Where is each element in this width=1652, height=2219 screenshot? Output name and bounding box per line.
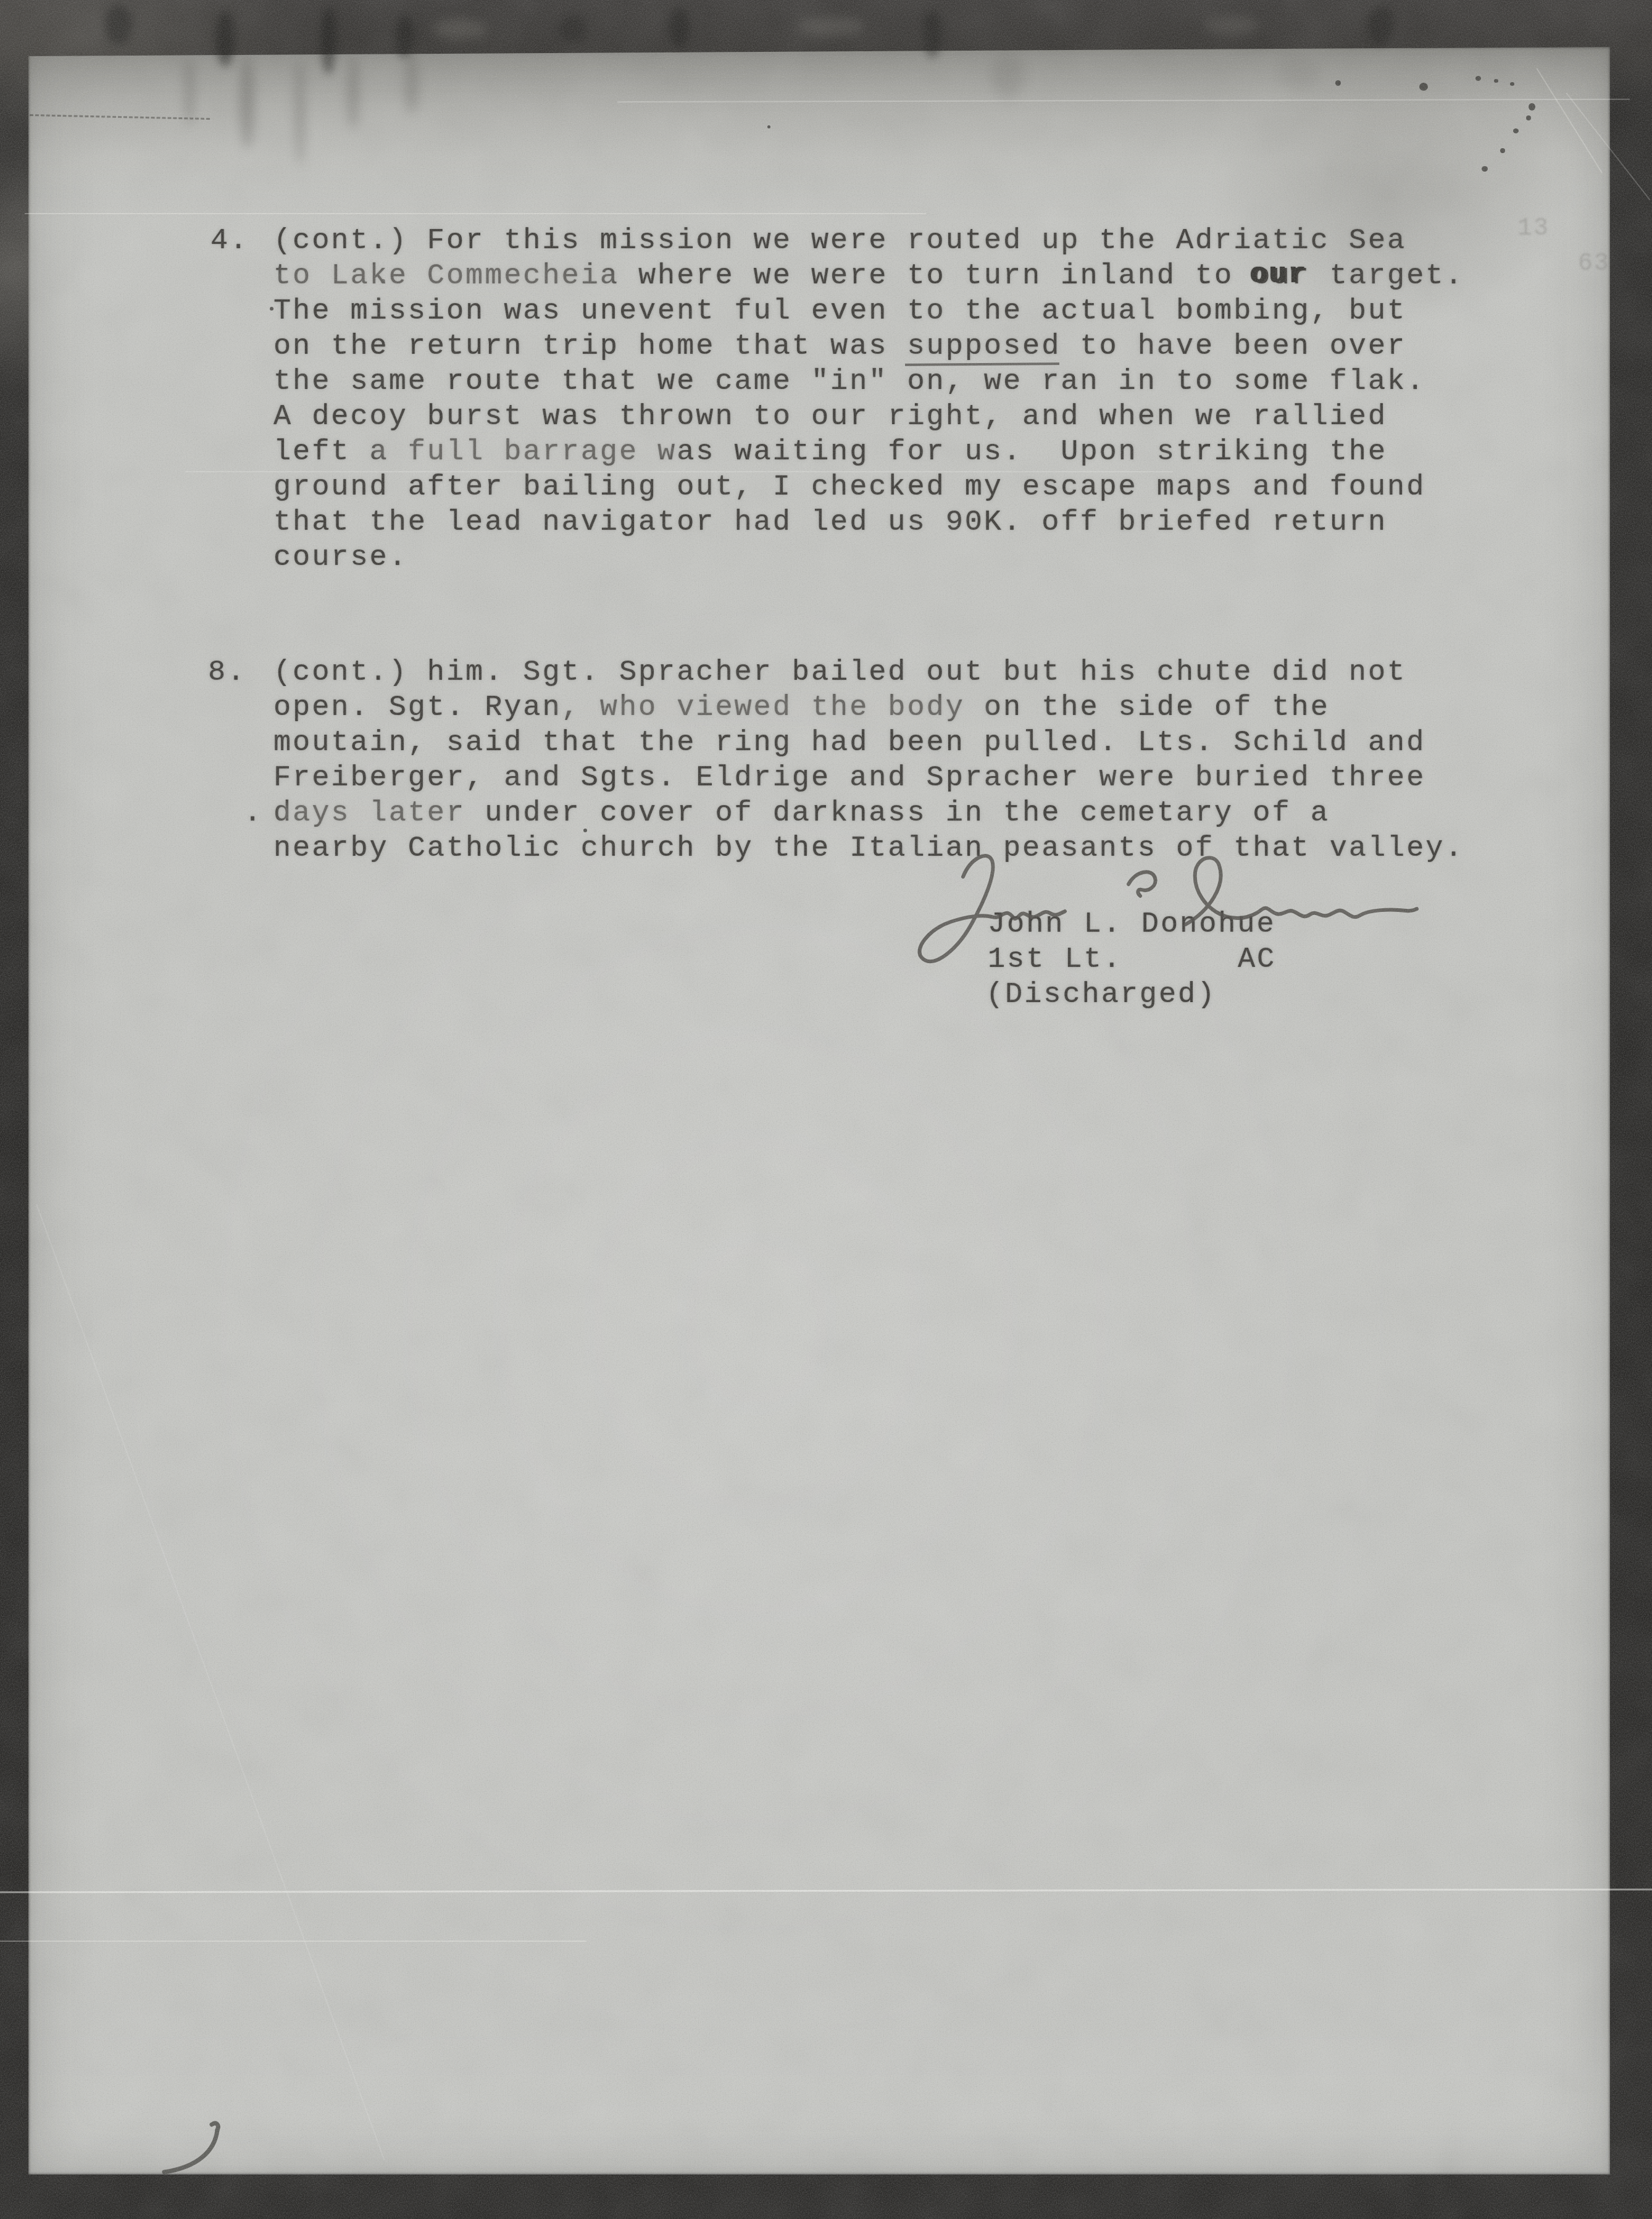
typed-line: course. (273, 540, 1464, 575)
typed-line: left a full barrage was waiting for us. … (273, 435, 1464, 470)
ink-speck (583, 829, 587, 832)
ink-dot (1419, 83, 1428, 91)
handwritten-signature (906, 835, 1431, 983)
pen-stroke-curve (164, 2130, 217, 2172)
overstruck-word: our (1249, 259, 1307, 291)
ink-dot (1513, 128, 1519, 133)
typed-line: (cont.) For this mission we were routed … (273, 224, 1464, 259)
ink-dot (1510, 82, 1514, 86)
typed-line: open. Sgt. Ryan, who viewed the body on … (273, 690, 1464, 725)
ink-dot (1494, 79, 1498, 83)
scan-noise-blob (1367, 6, 1395, 44)
scan-light-blob (432, 19, 488, 40)
ink-speck (270, 307, 273, 311)
scanned-document-page: 4. (cont.) For this mission we were rout… (0, 0, 1652, 2219)
ink-speck (381, 279, 385, 283)
typed-line: The mission was unevent ful even to the … (273, 294, 1464, 329)
scan-light-blob (1204, 16, 1259, 35)
ghost-number-13: 13 (1517, 215, 1550, 243)
pen-stroke-mark (148, 2117, 241, 2184)
signature-stroke-middle-initial (1128, 872, 1156, 896)
signature-stroke-donohue (1186, 858, 1417, 924)
scan-noise-blob (559, 16, 587, 43)
scan-noise-blob (105, 5, 132, 44)
typed-line: Freiberger, and Sgts. Eldrige and Sprach… (273, 761, 1464, 796)
typed-line: days later under cover of darknass in th… (273, 796, 1464, 831)
ink-speck (767, 125, 770, 128)
typed-line: (cont.) him. Sgt. Spracher bailed out bu… (273, 655, 1464, 690)
ink-dot (1526, 115, 1531, 120)
typed-line: that the lead navigator had led us 90K. … (273, 505, 1464, 540)
typed-line: moutain, said that the ring had been pul… (273, 725, 1464, 761)
ink-dot (1482, 166, 1488, 172)
paragraph-4-number: 4. (211, 224, 249, 259)
stray-period-mark: . (244, 796, 263, 831)
scan-noise-blob (923, 10, 941, 58)
ghost-number-63: 63 (1578, 250, 1610, 278)
ink-dot (1475, 76, 1481, 81)
signature-stroke-john (920, 856, 1065, 961)
typed-line: on the return trip home that was suppose… (273, 329, 1464, 364)
typed-line: A decoy burst was thrown to our right, a… (273, 399, 1464, 435)
scan-light-blob (796, 17, 864, 36)
typed-line: ground after bailing out, I checked my e… (273, 470, 1464, 505)
ink-dot (1500, 148, 1505, 153)
paragraph-8-number: 8. (208, 655, 246, 690)
scan-noise-blob (669, 7, 690, 47)
signature-status: (Discharged) (986, 979, 1216, 1011)
ink-dot (1529, 103, 1535, 111)
typed-line: the same route that we came "in" on, we … (273, 364, 1464, 399)
scan-noise-blob (395, 14, 414, 58)
ink-dot (1335, 80, 1341, 86)
